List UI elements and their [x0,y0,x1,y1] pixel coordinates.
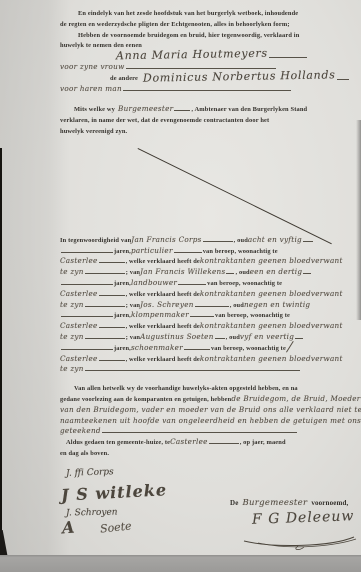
printed-text: jaren, [114,345,131,352]
printed-text: van beroep, woonachtig te [207,280,282,287]
handwritten-text: schoenmaker [131,343,183,352]
blank-rule-line [99,288,125,296]
handwritten-text: een en dertig [250,267,303,276]
handwritten-text: geteekend [60,426,101,435]
printed-text: jaren, [114,280,131,287]
handwritten-text: naamteekenen uit hoofde van ongeleerdhei… [60,416,361,425]
handwritten-text: Jan Francis Willekens [140,267,225,276]
handwritten-text: Augustinus Soeten [140,332,214,341]
text-line: Aldus gedaen ten gemeente-huize, teCaste… [60,435,350,446]
blank-rule-line [195,299,229,307]
text-line: Hebben de voornoemde bruidegom en bruid,… [60,28,350,39]
text-line: jaren,landbouwervan beroep, woonachtig t… [60,276,350,287]
handwritten-text: voor zyne vrouw [60,62,125,71]
blank-rule-line [174,245,202,253]
handwritten-text: kontraktanten geenen bloedverwant [200,321,343,330]
handwritten-text: Casterlee [170,437,208,446]
handwritten-text: kontraktanten geenen bloedverwant [200,289,343,298]
blank-rule-line [99,255,125,263]
text-line: de regten en wederzydsche pligten der Ec… [60,17,350,28]
handwritten-text: landbouwer [131,278,177,287]
text-line: Mits welke wyBurgemeester, Ambtenaer van… [60,102,350,113]
signature-corps: J. ffi Corps [66,467,114,479]
blank-rule-line [184,342,210,350]
blank-rule-line [178,277,206,285]
blank-rule-line [226,266,234,274]
handwritten-text: kontraktanten geenen bloedverwant [200,256,343,265]
handwritten-text: Jan Francis Corps [131,235,201,244]
text-line: de andereDominicus Norbertus Hollands [60,71,350,82]
signature-flourish [238,532,361,550]
handwritten-text: klompenmaker [131,310,189,319]
indent-spacer [60,389,74,390]
blank-rule-line [85,331,125,339]
handwritten-text: voor haren man [60,84,122,93]
indent-spacer [60,110,74,111]
indent-spacer [60,36,78,37]
handwritten-text: te zyn [60,300,84,309]
official-burgemeester-handwriting: Burgemeester [242,498,307,508]
text-line: geteekend [60,424,350,435]
text-line: Casterlee, welke verklaard heeft dekontr… [60,352,350,363]
text-line: Van allen hetwelk wy de voorhandige huwe… [60,381,350,392]
indent-spacer [60,79,110,80]
printed-text: en dag als boven. [60,450,109,457]
official-title-line: De Burgemeester voornoemd, [230,492,348,510]
text-line: van den Bruidegom, vader en moeder van d… [60,403,350,414]
text-line: en dag als boven. [60,446,350,457]
text-line: Casterlee, welke verklaard heeft dekontr… [60,319,350,330]
text-line: jaren,particuliervan beroep, woonachtig … [60,244,350,255]
blank-rule-line [190,309,214,317]
spacer [60,373,350,381]
handwritten-text: te zyn [60,332,84,341]
handwritten-text: negen en twintig [244,300,310,309]
signature-witleke: J S witleke [61,480,168,505]
blank-rule-line [203,234,233,242]
blank-rule-line [99,320,125,328]
printed-text: de andere [110,75,138,82]
handwritten-text: vyf en veertig [240,332,294,341]
blank-rule-line [61,245,113,253]
handwritten-text: te zyn [60,364,84,373]
handwritten-text: kontraktanten geenen bloedverwant [200,354,343,363]
blank-rule-line [269,50,307,58]
handwritten-text: van den Bruidegom, vader en moeder van d… [60,405,361,414]
text-line: te zyn; vanAugustinus Soeten, oudvyf en … [60,330,350,341]
text-line: Casterlee, welke verklaard heeft dekontr… [60,254,350,265]
printed-text: , oud [226,334,240,341]
blank-rule-line [303,266,311,274]
blank-rule-line [99,353,125,361]
printed-text: En eindelyk van het zesde hoofdstuk van … [78,10,298,17]
handwritten-text: te zyn [60,267,84,276]
printed-text: van beroep, woonachtig te [211,345,286,352]
signature-mark: A [61,518,75,538]
blank-rule-line [126,61,276,69]
blank-rule-line [295,331,303,339]
spacer [60,92,350,102]
printed-text: de regten en wederzydsche pligten der Ec… [60,21,290,28]
text-line: gedane voorlezing aan de komparanten en … [60,392,350,403]
indent-spacer [60,14,78,15]
handwritten-text: acht en vyftig [248,235,302,244]
spacer [60,135,350,233]
handwritten-text: Casterlee [60,256,98,265]
signature-burgemeester: F G Deleeuw [252,508,355,528]
signature-soeten: Soete [99,519,132,535]
handwritten-text: Jos. Schreyen [140,300,194,309]
handwritten-text: de Bruidegom, de Bruid, Moeder [231,394,360,403]
document-scan: En eindelyk van het zesde hoofdstuk van … [0,0,361,572]
handwritten-text: Casterlee [60,289,98,298]
text-line: En eindelyk van het zesde hoofdstuk van … [60,6,350,17]
left-page-edge [0,148,2,572]
text-line: te zyn [60,362,350,373]
blank-rule-line [102,425,297,433]
blank-rule-line [61,309,113,317]
handwritten-text: particulier [131,246,173,255]
blank-rule-line [174,103,190,111]
official-de-label: De [230,499,238,507]
right-page-shadow [356,120,361,320]
blank-rule-line [337,72,349,80]
blank-rule-line [85,363,300,371]
text-line: Casterlee, welke verklaard heeft dekontr… [60,287,350,298]
handwritten-text: Burgemeester [118,104,173,113]
printed-text: ; van [126,334,140,341]
text-line: te zyn; vanJos. Schreyen, oudnegen en tw… [60,298,350,309]
printed-text: In tegenwoordigheid van [60,237,131,244]
text-line: jaren,klompenmakervan beroep, woonachtig… [60,308,350,319]
text-line: huwelyk vereenigd zyn. [60,124,350,135]
blank-rule-line [61,277,113,285]
blank-rule-line [85,299,125,307]
text-line: naamteekenen uit hoofde van ongeleerdhei… [60,414,350,425]
text-line: verklaren, in name der wet, dat de eveng… [60,113,350,124]
handwritten-text: Casterlee [60,354,98,363]
blank-rule-line [85,266,125,274]
printed-text: gedane voorlezing aan de komparanten en … [60,396,231,403]
blank-rule-line [61,342,113,350]
blank-rule-line [215,331,225,339]
text-line: jaren,schoenmakervan beroep, woonachtig … [60,341,350,352]
printed-text: , oud [234,237,248,244]
text-line: In tegenwoordigheid vanJan Francis Corps… [60,233,350,244]
text-line: te zyn; vanJan Francis Willekens, oudeen… [60,265,350,276]
handwritten-text: Casterlee [60,321,98,330]
official-voornoemd-label: voornoemd, [311,499,348,507]
printed-text: huwelyk vereenigd zyn. [60,128,127,135]
printed-text: , welke verklaard heeft de [126,291,200,298]
blank-rule-line [209,436,239,444]
printed-text: , op jaer, maend [240,439,286,446]
bottom-scan-band [0,555,361,572]
indent-spacer [60,57,116,58]
text-line: Anna Maria Houtmeyers [60,49,350,60]
